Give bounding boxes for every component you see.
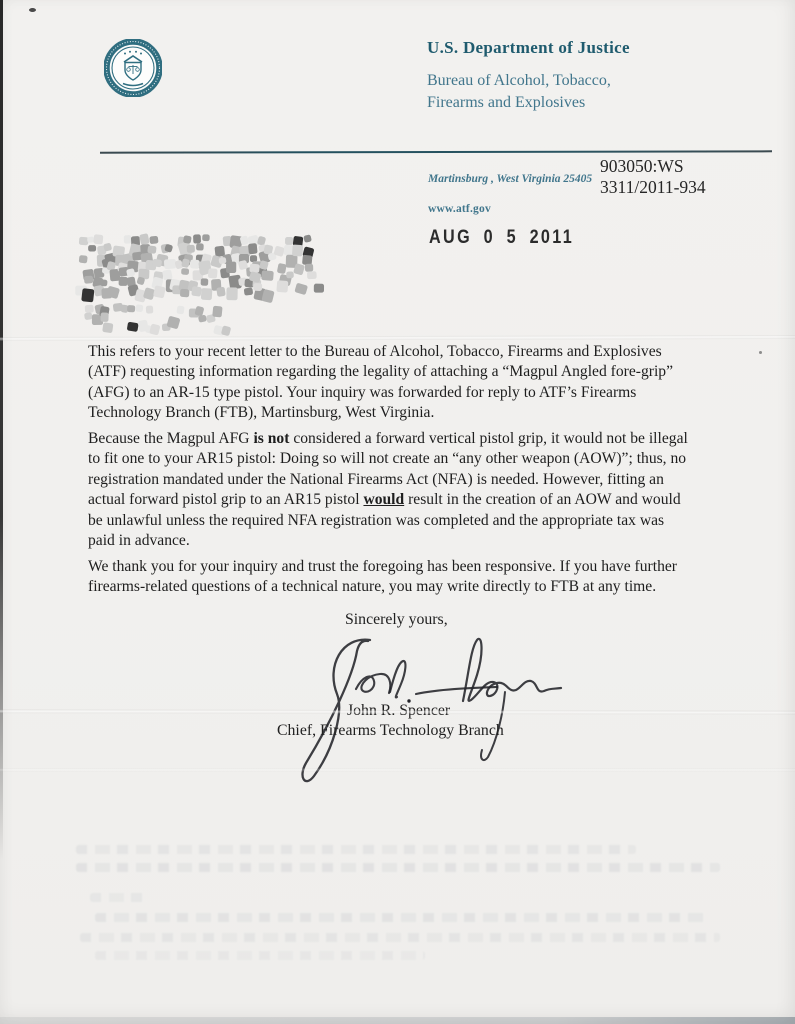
valediction: Sincerely yours,: [345, 611, 448, 629]
paragraph-3: We thank you for your inquiry and trust …: [88, 557, 748, 598]
scan-speck: [759, 351, 762, 354]
fold-crease: [0, 768, 795, 772]
signer-name: John R. Spencer: [347, 702, 450, 720]
letter-page: U.S. Department of Justice Bureau of Alc…: [0, 0, 795, 1024]
bleedthrough-text: [95, 913, 707, 922]
date-stamp: AUG 0 5 2011: [429, 226, 574, 248]
reference-numbers: 903050:WS 3311/2011-934: [600, 156, 706, 198]
bleedthrough-text: [95, 951, 425, 960]
reference-number-2: 3311/2011-934: [600, 177, 706, 198]
department-title: U.S. Department of Justice: [427, 38, 630, 58]
bureau-name-line2: Firearms and Explosives: [427, 94, 585, 112]
bureau-name-line1: Bureau of Alcohol, Tobacco,: [427, 72, 611, 90]
doj-seal-graphic: [104, 39, 162, 97]
bleedthrough-text: [80, 933, 720, 942]
website-url: www.atf.gov: [428, 203, 491, 215]
paragraph-2: Because the Magpul AFG is not considered…: [88, 429, 748, 551]
reference-number-1: 903050:WS: [600, 156, 706, 177]
bleedthrough-text: [76, 863, 720, 872]
bleedthrough-text: [76, 845, 636, 854]
bleedthrough-text: [90, 893, 148, 902]
doj-seal: [104, 39, 162, 97]
scan-edge-left: [0, 0, 3, 860]
fold-crease: [0, 335, 795, 341]
scan-speck: [29, 8, 36, 12]
office-address: Martinsburg , West Virginia 25405: [428, 173, 592, 185]
signer-title: Chief, Firearms Technology Branch: [277, 722, 504, 740]
letterhead-divider: [100, 150, 772, 153]
paragraph-1: This refers to your recent letter to the…: [88, 342, 748, 424]
scan-edge-bottom: [0, 1017, 795, 1024]
